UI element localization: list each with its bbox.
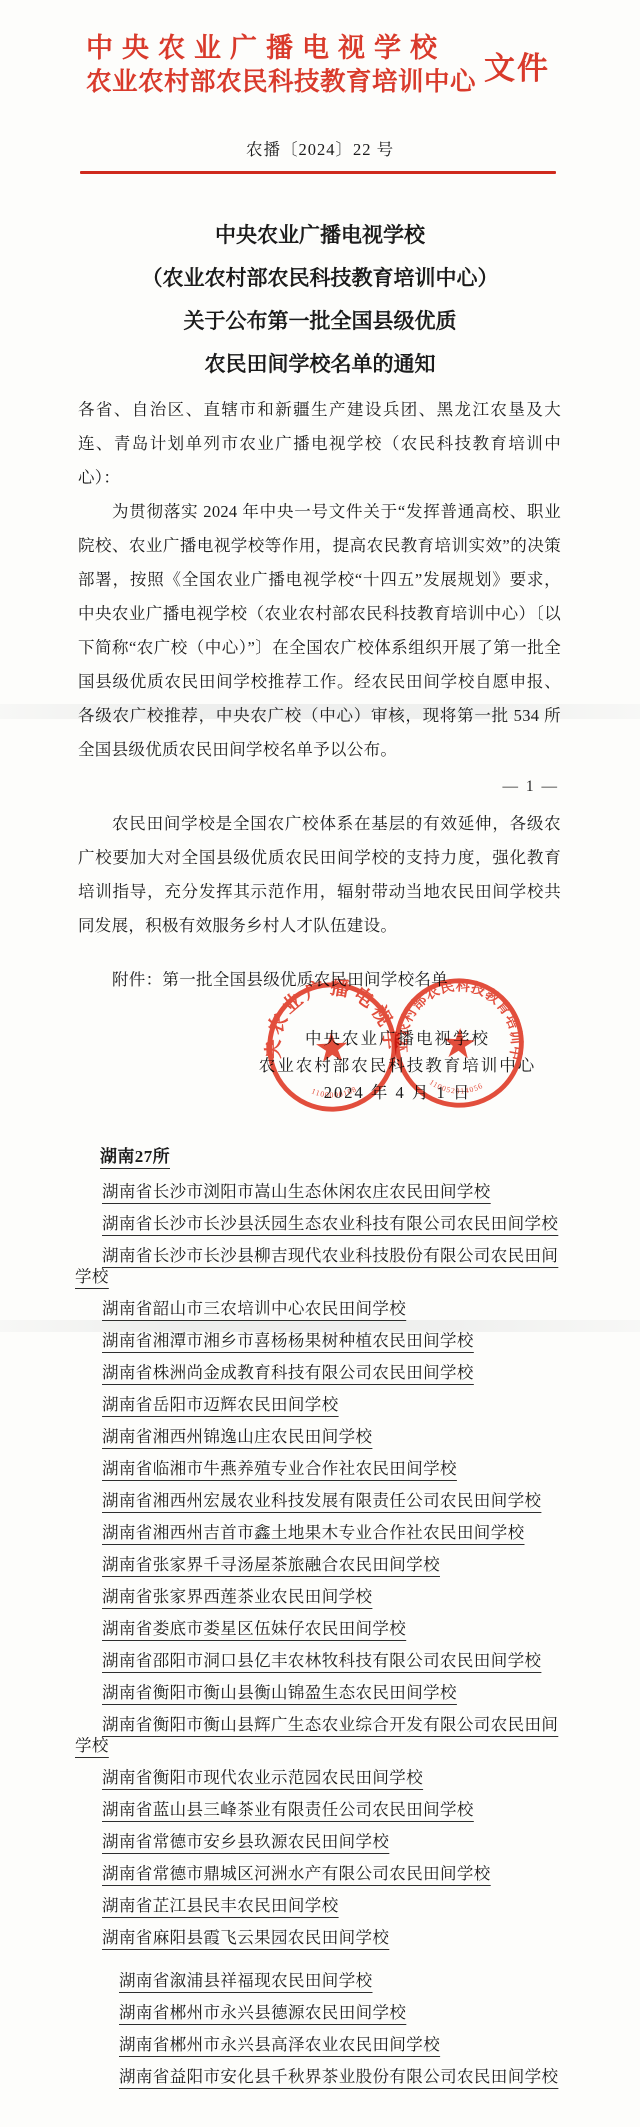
official-seal-right: 农业农村部农民科技教育培训中心110052014056★ [386,970,532,1120]
svg-text:★: ★ [439,1020,479,1067]
school-list-item: 湖南省益阳市安化县千秋界茶业股份有限公司农民田间学校 [75,2066,562,2087]
school-list: 湖南省长沙市浏阳市嵩山生态休闲农庄农民田间学校湖南省长沙市长沙县沃园生态农业科技… [75,1181,562,2087]
signature-block: 中央农业广播电视学校 农业农村部农民科技教育培训中心 2024 年 4 月 1 … [0,985,640,1145]
school-list-item: 湖南省衡阳市现代农业示范园农民田间学校 [75,1767,562,1788]
school-list-item: 湖南省湘西州宏晟农业科技发展有限责任公司农民田间学校 [75,1490,562,1511]
school-list-item: 湖南省娄底市娄星区伍妹仔农民田间学校 [75,1618,562,1639]
school-list-item: 湖南省湘西州吉首市鑫土地果木专业合作社农民田间学校 [75,1522,562,1543]
document-title: 中央农业广播电视学校 （农业农村部农民科技教育培训中心） 关于公布第一批全国县级… [40,214,600,386]
svg-text:1100000108: 1100000108 [310,1084,359,1101]
list-heading: 湖南27所 [100,1142,562,1167]
school-list-item: 湖南省常德市鼎城区河洲水产有限公司农民田间学校 [75,1863,562,1884]
title-line-3: 关于公布第一批全国县级优质 [40,300,600,343]
letterhead-org-line1: 中央农业广播电视学校 [86,32,476,65]
school-list-item: 湖南省张家界西莲茶业农民田间学校 [75,1586,562,1607]
red-divider-rule [80,171,556,174]
school-list-item: 湖南省蓝山县三峰茶业有限责任公司农民田间学校 [75,1799,562,1820]
page-number: — 1 — [78,770,559,804]
school-list-item: 湖南省长沙市长沙县沃园生态农业科技有限公司农民田间学校 [75,1213,562,1234]
school-list-item: 湖南省长沙市浏阳市嵩山生态休闲农庄农民田间学校 [75,1181,562,1202]
school-list-item: 湖南省湘西州锦逸山庄农民田间学校 [75,1426,562,1447]
svg-text:★: ★ [312,1025,351,1072]
document-body: 各省、自治区、直辖市和新疆生产建设兵团、黑龙江农垦及大连、青岛计划单列市农业广播… [78,393,561,997]
school-list-section: 湖南27所 湖南省长沙市浏阳市嵩山生态休闲农庄农民田间学校湖南省长沙市长沙县沃园… [75,1142,562,2098]
school-list-item: 湖南省岳阳市迈辉农民田间学校 [75,1394,562,1415]
school-list-item: 湖南省株洲尚金成教育科技有限公司农民田间学校 [75,1362,562,1383]
letterhead-doc-type: 文件 [484,43,550,88]
school-list-item: 湖南省郴州市永兴县德源农民田间学校 [75,2002,562,2023]
school-list-item: 湖南省郴州市永兴县高泽农业农民田间学校 [75,2034,562,2055]
svg-text:110052014056: 110052014056 [427,1077,485,1097]
school-list-item: 湖南省衡阳市衡山县辉广生态农业综合开发有限公司农民田间学校 [75,1714,562,1756]
official-seal-left: 中央农业广播电视学校1100000108★ [260,976,403,1124]
doc-number: 农播〔2024〕22 号 [0,136,640,160]
salutation: 各省、自治区、直辖市和新疆生产建设兵团、黑龙江农垦及大连、青岛计划单列市农业广播… [78,393,561,495]
letterhead: 中央农业广播电视学校 农业农村部农民科技教育培训中心 文件 [0,0,640,98]
school-list-item: 湖南省张家界千寻汤屋茶旅融合农民田间学校 [75,1554,562,1575]
title-line-2: （农业农村部农民科技教育培训中心） [40,257,600,300]
letterhead-org-names: 中央农业广播电视学校 农业农村部农民科技教育培训中心 [86,32,476,98]
paragraph-1: 为贯彻落实 2024 年中央一号文件关于“发挥普通高校、职业院校、农业广播电视学… [78,495,561,767]
school-list-item: 湖南省韶山市三农培训中心农民田间学校 [75,1298,562,1319]
school-list-item: 湖南省湘潭市湘乡市喜杨杨果树种植农民田间学校 [75,1330,562,1351]
school-list-item: 湖南省常德市安乡县玖源农民田间学校 [75,1831,562,1852]
school-list-item: 湖南省长沙市长沙县柳吉现代农业科技股份有限公司农民田间学校 [75,1245,562,1287]
school-list-item: 湖南省溆浦县祥福现农民田间学校 [75,1970,562,1991]
school-list-item: 湖南省麻阳县霞飞云果园农民田间学校 [75,1927,562,1948]
school-list-item: 湖南省邵阳市洞口县亿丰农林牧科技有限公司农民田间学校 [75,1650,562,1671]
document-head: 中央农业广播电视学校 农业农村部农民科技教育培训中心 文件 农播〔2024〕22… [0,0,640,386]
school-list-item: 湖南省衡阳市衡山县衡山锦盈生态农民田间学校 [75,1682,562,1703]
school-list-item: 湖南省芷江县民丰农民田间学校 [75,1895,562,1916]
title-line-4: 农民田间学校名单的通知 [40,343,600,386]
scanned-document: 中央农业广播电视学校 农业农村部农民科技教育培训中心 文件 农播〔2024〕22… [0,0,640,2127]
paragraph-2: 农民田间学校是全国农广校体系在基层的有效延伸，各级农广校要加大对全国县级优质农民… [78,807,561,943]
title-line-1: 中央农业广播电视学校 [40,214,600,257]
school-list-item: 湖南省临湘市牛燕养殖专业合作社农民田间学校 [75,1458,562,1479]
letterhead-org-line2: 农业农村部农民科技教育培训中心 [86,65,476,98]
